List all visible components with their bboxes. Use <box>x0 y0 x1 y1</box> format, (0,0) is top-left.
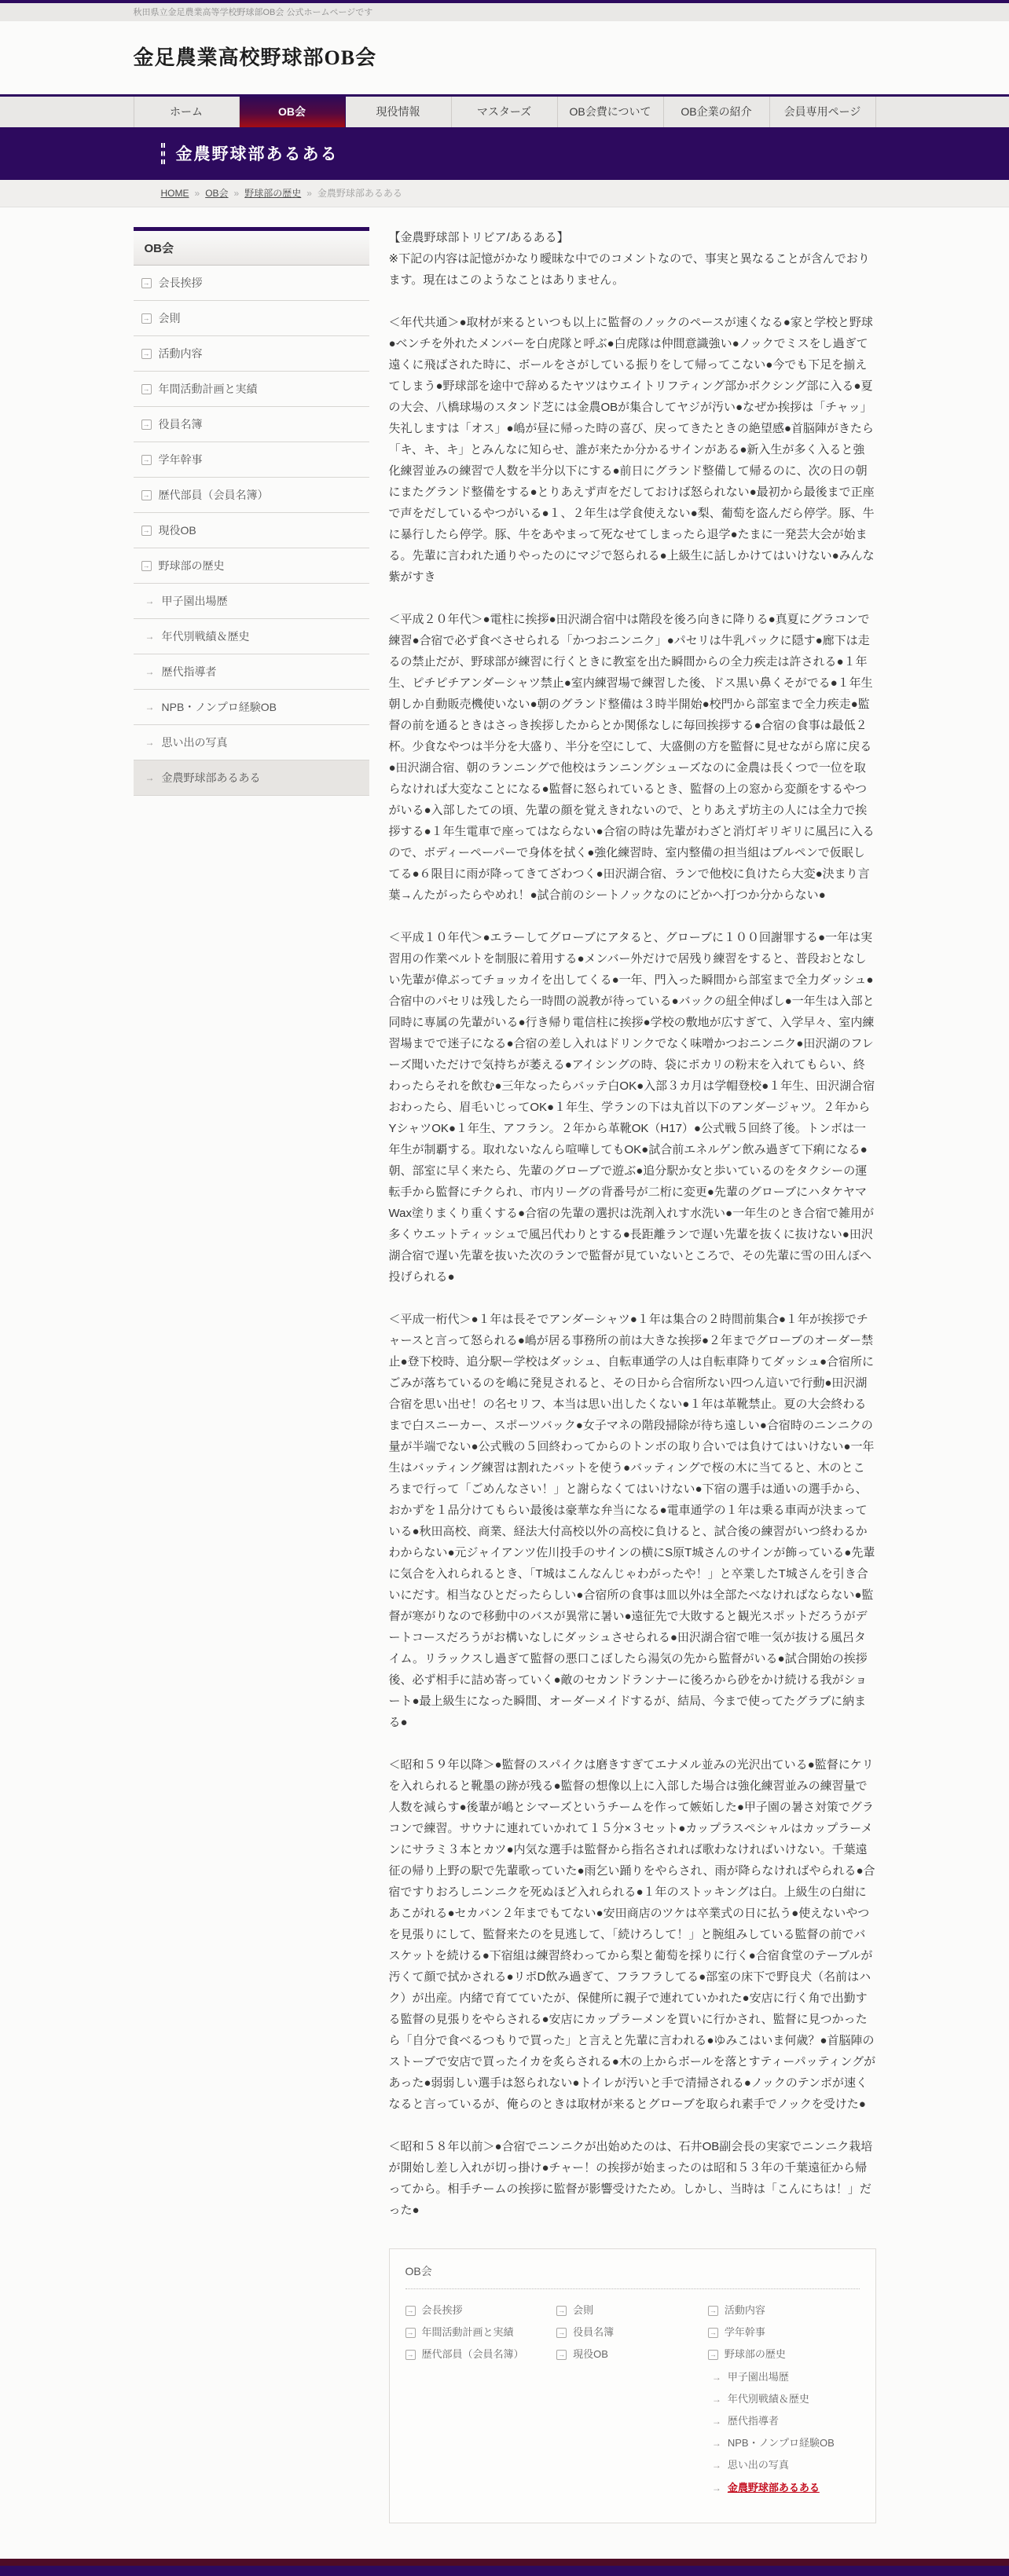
nav-item-members-only[interactable]: 会員専用ページ <box>770 97 876 127</box>
sidebar-item-label: 年代別戦績＆歴史 <box>162 628 250 644</box>
sitemap-link-label: NPB・ノンプロ経験OB <box>728 2436 835 2450</box>
sitemap-link-kaicho-aisatsu[interactable]: → 会長挨拶 <box>405 2299 557 2321</box>
box-arrow-icon: → <box>141 384 152 394</box>
breadcrumb-separator-icon: » <box>234 188 240 199</box>
sitemap-link-kaisoku[interactable]: → 会則 <box>556 2299 708 2321</box>
sitemap-link-label: 学年幹事 <box>725 2325 765 2340</box>
sitemap-link-label: 歴代指導者 <box>728 2414 779 2428</box>
box-arrow-icon: → <box>141 278 152 288</box>
sidebar-item-yakyubu-rekishi[interactable]: → 野球部の歴史 <box>134 548 369 584</box>
nav-item-obkai[interactable]: OB会 <box>240 97 346 127</box>
sitemap-link-label: 会長挨拶 <box>422 2303 463 2318</box>
sitemap-link-katsudo[interactable]: → 活動内容 <box>708 2299 860 2321</box>
page-banner: 金農野球部あるある <box>0 127 1009 180</box>
article-paragraph-showa58: ＜昭和５８年以前＞●合宿でニンニクが出始めたのは、石井OB副会長の実家でニンニク… <box>389 2136 876 2221</box>
sitemap-link-label: 現役OB <box>573 2347 608 2362</box>
arrow-icon: → <box>712 2395 721 2404</box>
main-column: 【金農野球部トリビア/あるある】 ※下記の内容は記憶がかなり曖昧な中でのコメント… <box>389 227 876 2523</box>
article: 【金農野球部トリビア/あるある】 ※下記の内容は記憶がかなり曖昧な中でのコメント… <box>389 227 876 2221</box>
sidebar-item-label: 会則 <box>159 310 181 326</box>
sidebar-item-rekidai-buin[interactable]: → 歴代部員（会員名簿） <box>134 478 369 513</box>
box-arrow-icon: → <box>405 2350 416 2360</box>
arrow-icon: → <box>145 738 155 747</box>
sitemap-link-npb-ob[interactable]: → NPB・ノンプロ経験OB <box>708 2432 860 2454</box>
arrow-icon: → <box>145 667 155 676</box>
article-note: ※下記の内容は記憶がかなり曖昧な中でのコメントなので、事実と異なることが含んでお… <box>389 248 876 291</box>
arrow-icon: → <box>712 2483 721 2493</box>
sitemap-link-label: 思い出の写真 <box>728 2458 789 2472</box>
sidebar-item-label: 現役OB <box>159 522 196 538</box>
sitemap-heading: OB会 <box>405 2261 860 2289</box>
arrow-icon: → <box>145 632 155 641</box>
box-arrow-icon: → <box>141 490 152 500</box>
sidebar-item-rekidai-shidosha[interactable]: → 歴代指導者 <box>134 654 369 690</box>
sitemap-link-label: 年間活動計画と実績 <box>422 2325 514 2340</box>
sitemap-link-label: 歴代部員（会員名簿） <box>422 2347 524 2362</box>
sidebar-item-omoide-shashin[interactable]: → 思い出の写真 <box>134 725 369 760</box>
sitemap-link-label: 活動内容 <box>725 2303 765 2318</box>
sidebar-item-nendai-senseki[interactable]: → 年代別戦績＆歴史 <box>134 619 369 654</box>
sitemap-box: OB会 → 会長挨拶 → 年間活動計画と実績 → 歴代部員（会 <box>389 2248 876 2523</box>
arrow-icon: → <box>712 2439 721 2448</box>
sitemap-link-rekidai-shidosha[interactable]: → 歴代指導者 <box>708 2410 860 2432</box>
box-arrow-icon: → <box>556 2306 567 2316</box>
sitemap-column-3: → 活動内容 → 学年幹事 → 野球部の歴史 → <box>708 2299 860 2499</box>
page-title: 金農野球部あるある <box>176 141 339 165</box>
box-arrow-icon: → <box>141 526 152 536</box>
box-arrow-icon: → <box>141 313 152 324</box>
sidebar-heading: OB会 <box>134 231 369 266</box>
sitemap-link-nendai-senseki[interactable]: → 年代別戦績＆歴史 <box>708 2388 860 2410</box>
sitemap-link-label: 甲子園出場歴 <box>728 2370 789 2384</box>
sitemap-link-label: 野球部の歴史 <box>725 2347 786 2362</box>
sitemap-link-yakyubu-rekishi[interactable]: → 野球部の歴史 <box>708 2343 860 2365</box>
article-paragraph-nendai-kyotsu: ＜年代共通＞●取材が来るといつも以上に監督のノックのペースが速くなる●家と学校と… <box>389 312 876 588</box>
sidebar-item-npb-ob[interactable]: → NPB・ノンプロ経験OB <box>134 690 369 725</box>
sidebar-item-koshien[interactable]: → 甲子園出場歴 <box>134 584 369 619</box>
box-arrow-icon: → <box>405 2328 416 2338</box>
nav-item-masters[interactable]: マスターズ <box>452 97 558 127</box>
arrow-icon: → <box>712 2373 721 2382</box>
sidebar-item-kaisoku[interactable]: → 会則 <box>134 301 369 336</box>
arrow-icon: → <box>145 773 155 782</box>
footer-purple-bar <box>0 2566 1009 2576</box>
sidebar-item-label: 甲子園出場歴 <box>162 593 228 609</box>
sidebar-item-label: 年間活動計画と実績 <box>159 381 258 397</box>
sidebar-item-label: 活動内容 <box>159 346 203 361</box>
sidebar-item-kaicho-aisatsu[interactable]: → 会長挨拶 <box>134 266 369 301</box>
article-paragraph-heisei10: ＜平成１０年代＞●エラーしてグローブにアタると、グローブに１００回謝罪する●一年… <box>389 927 876 1288</box>
arrow-icon: → <box>145 702 155 712</box>
breadcrumb: HOME » OB会 » 野球部の歴史 » 金農野球部あるある <box>134 180 876 207</box>
box-arrow-icon: → <box>556 2328 567 2338</box>
article-title: 【金農野球部トリビア/あるある】 <box>389 227 876 248</box>
sitemap-link-yakuin[interactable]: → 役員名簿 <box>556 2321 708 2343</box>
sidebar-item-gakunen-kanji[interactable]: → 学年幹事 <box>134 442 369 478</box>
sidebar-item-yakuin[interactable]: → 役員名簿 <box>134 407 369 442</box>
article-paragraph-showa59: ＜昭和５９年以降＞●監督のスパイクは磨きすぎてエナメル並みの光沢出ている●監督に… <box>389 1754 876 2115</box>
sidebar-item-label: 役員名簿 <box>159 416 203 432</box>
sidebar-item-aruaru[interactable]: → 金農野球部あるある <box>134 760 369 796</box>
box-arrow-icon: → <box>708 2350 718 2360</box>
sidebar-item-label: 歴代部員（会員名簿） <box>159 487 269 503</box>
sidebar-item-nenkan-keikaku[interactable]: → 年間活動計画と実績 <box>134 372 369 407</box>
sidebar-item-label: 金農野球部あるある <box>162 770 261 786</box>
sitemap-column-1: → 会長挨拶 → 年間活動計画と実績 → 歴代部員（会員名簿） <box>405 2299 557 2499</box>
sidebar-item-label: NPB・ノンプロ経験OB <box>162 699 277 715</box>
sidebar-item-label: 会長挨拶 <box>159 275 203 291</box>
main-nav: ホーム OB会 現役情報 マスターズ OB会費について OB企業の紹介 会員専用… <box>0 94 1009 127</box>
sitemap-link-label: 金農野球部あるある <box>728 2481 820 2495</box>
breadcrumb-separator-icon: » <box>306 188 312 199</box>
sitemap-link-label: 会則 <box>573 2303 593 2318</box>
arrow-icon: → <box>712 2417 721 2426</box>
sitemap-link-label: 役員名簿 <box>573 2325 614 2340</box>
nav-item-geneki[interactable]: 現役情報 <box>346 97 452 127</box>
meta-text: 秋田県立金足農業高等学校野球部OB会 公式ホームページです <box>134 3 876 21</box>
box-arrow-icon: → <box>141 561 152 571</box>
arrow-icon: → <box>712 2461 721 2470</box>
sidebar-item-label: 歴代指導者 <box>162 664 217 680</box>
sidebar-item-label: 野球部の歴史 <box>159 558 225 573</box>
box-arrow-icon: → <box>556 2350 567 2360</box>
sitemap-link-nenkan-keikaku[interactable]: → 年間活動計画と実績 <box>405 2321 557 2343</box>
sitemap-link-aruaru-current[interactable]: → 金農野球部あるある <box>708 2477 860 2499</box>
sidebar-item-label: 学年幹事 <box>159 452 203 467</box>
breadcrumb-bar: HOME » OB会 » 野球部の歴史 » 金農野球部あるある <box>0 180 1009 207</box>
article-paragraph-heisei20: ＜平成２０年代＞●電柱に挨拶●田沢湖合宿中は階段を後ろ向きに降りる●真夏にグラコ… <box>389 609 876 906</box>
sitemap-link-koshien[interactable]: → 甲子園出場歴 <box>708 2366 860 2388</box>
sidebar: OB会 → 会長挨拶 → 会則 → 活動内容 → 年間活動計画と実績 → 役員名… <box>134 227 369 796</box>
footer-maroon-bar <box>0 2559 1009 2566</box>
breadcrumb-home[interactable]: HOME <box>161 188 189 199</box>
breadcrumb-history[interactable]: 野球部の歴史 <box>244 186 301 200</box>
box-arrow-icon: → <box>141 349 152 359</box>
sidebar-item-geneki-ob[interactable]: → 現役OB <box>134 513 369 548</box>
box-arrow-icon: → <box>141 455 152 465</box>
box-arrow-icon: → <box>708 2306 718 2316</box>
sitemap-link-rekidai-buin[interactable]: → 歴代部員（会員名簿） <box>405 2343 557 2365</box>
sitemap-link-gakunen-kanji[interactable]: → 学年幹事 <box>708 2321 860 2343</box>
sitemap-column-2: → 会則 → 役員名簿 → 現役OB <box>556 2299 708 2499</box>
sitemap-link-geneki-ob[interactable]: → 現役OB <box>556 2343 708 2365</box>
site-header: 金足農業高校野球部OB会 <box>0 21 1009 94</box>
article-paragraph-heisei-hitoketa: ＜平成一桁代＞●１年は長そでアンダーシャツ●１年は集合の２時間前集合●１年が挨拶… <box>389 1309 876 1733</box>
box-arrow-icon: → <box>405 2306 416 2316</box>
nav-item-companies[interactable]: OB企業の紹介 <box>664 97 770 127</box>
content-area: OB会 → 会長挨拶 → 会則 → 活動内容 → 年間活動計画と実績 → 役員名… <box>0 207 1009 2559</box>
dashed-bar-icon <box>161 143 165 164</box>
sidebar-item-label: 思い出の写真 <box>162 735 228 750</box>
sitemap-link-omoide-shashin[interactable]: → 思い出の写真 <box>708 2454 860 2476</box>
box-arrow-icon: → <box>708 2328 718 2338</box>
breadcrumb-current: 金農野球部あるある <box>317 186 402 200</box>
sitemap-link-label: 年代別戦績＆歴史 <box>728 2392 809 2406</box>
box-arrow-icon: → <box>141 420 152 430</box>
nav-item-fee[interactable]: OB会費について <box>558 97 664 127</box>
nav-item-home[interactable]: ホーム <box>134 97 240 127</box>
arrow-icon: → <box>145 596 155 606</box>
site-title: 金足農業高校野球部OB会 <box>134 42 876 71</box>
breadcrumb-obkai[interactable]: OB会 <box>205 186 228 200</box>
meta-bar: 秋田県立金足農業高等学校野球部OB会 公式ホームページです <box>0 3 1009 21</box>
breadcrumb-separator-icon: » <box>195 188 200 199</box>
sidebar-item-katsudo[interactable]: → 活動内容 <box>134 336 369 372</box>
